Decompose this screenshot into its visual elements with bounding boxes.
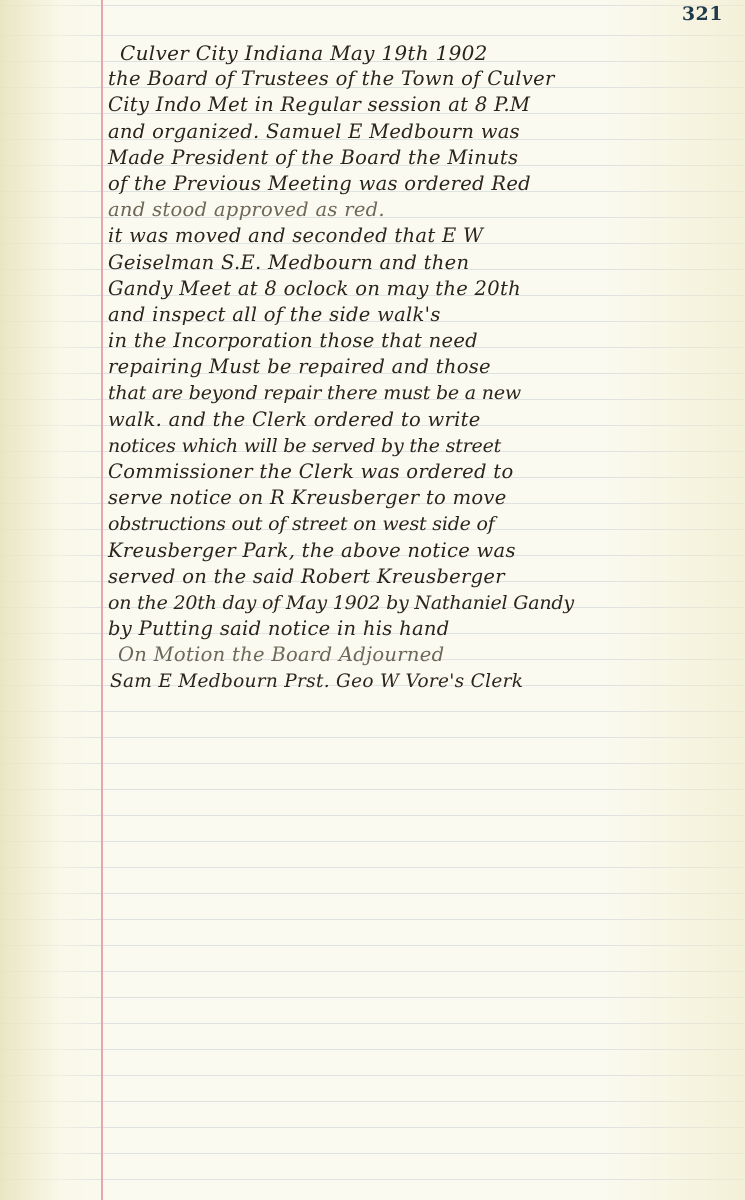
page-number: 321 <box>682 3 723 25</box>
minutes-adjournment: On Motion the Board Adjourned <box>108 642 740 668</box>
minutes-line: on the 20th day of May 1902 by Nathaniel… <box>108 590 740 616</box>
minutes-line: that are beyond repair there must be a n… <box>108 380 740 406</box>
margin-rule-line <box>101 0 103 1200</box>
minutes-line: served on the said Robert Kreusberger <box>108 564 740 590</box>
minutes-line: repairing Must be repaired and those <box>108 354 740 380</box>
minutes-line: City Indo Met in Regular session at 8 P.… <box>108 92 740 118</box>
minutes-line: and stood approved as red. <box>108 197 740 223</box>
minutes-signatures: Sam E Medbourn Prst. Geo W Vore's Clerk <box>108 669 740 695</box>
minutes-line: the Board of Trustees of the Town of Cul… <box>108 66 740 92</box>
minutes-line: Commissioner the Clerk was ordered to <box>108 459 740 485</box>
minutes-line: of the Previous Meeting was ordered Red <box>108 171 740 197</box>
minutes-line: Geiselman S.E. Medbourn and then <box>108 250 740 276</box>
ledger-page: 321 Culver City Indiana May 19th 1902 th… <box>0 0 745 1200</box>
minutes-line: and organized. Samuel E Medbourn was <box>108 119 740 145</box>
minutes-line: Kreusberger Park, the above notice was <box>108 538 740 564</box>
minutes-line: notices which will be served by the stre… <box>108 433 740 459</box>
minutes-line: in the Incorporation those that need <box>108 328 740 354</box>
minutes-line: and inspect all of the side walk's <box>108 302 740 328</box>
minutes-line: it was moved and seconded that E W <box>108 223 740 249</box>
meeting-minutes-entry: Culver City Indiana May 19th 1902 the Bo… <box>108 40 740 695</box>
minutes-line: by Putting said notice in his hand <box>108 616 740 642</box>
minutes-line: Made President of the Board the Minuts <box>108 145 740 171</box>
minutes-heading-place-date: Culver City Indiana May 19th 1902 <box>108 40 740 66</box>
minutes-line: serve notice on R Kreusberger to move <box>108 485 740 511</box>
minutes-line: walk. and the Clerk ordered to write <box>108 407 740 433</box>
minutes-line: Gandy Meet at 8 oclock on may the 20th <box>108 276 740 302</box>
minutes-line: obstructions out of street on west side … <box>108 511 740 537</box>
